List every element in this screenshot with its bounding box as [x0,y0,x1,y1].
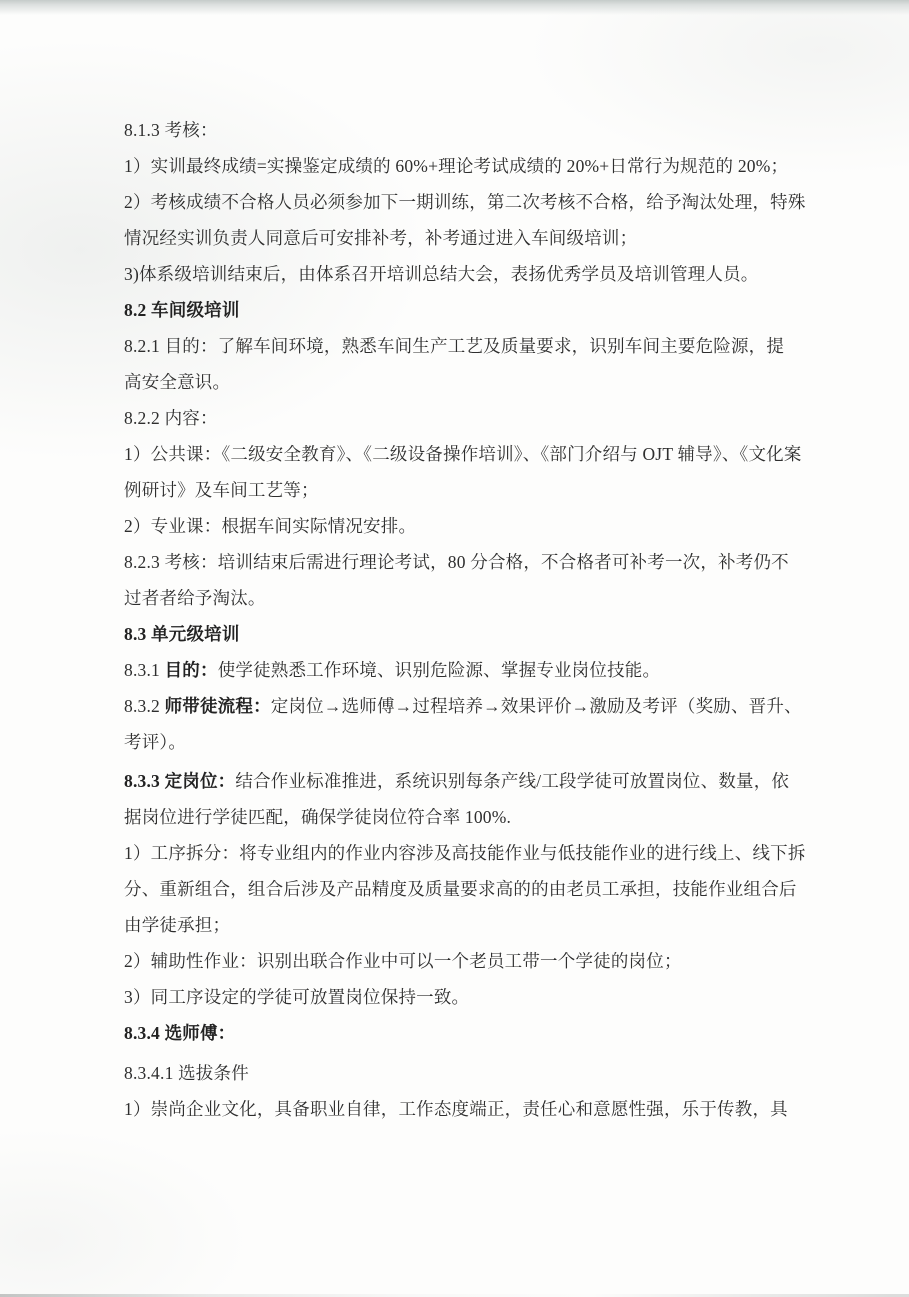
text-run: 3）同工序设定的学徒可放置岗位保持一致。 [124,987,469,1007]
text-run: 1）崇尚企业文化，具备职业自律，工作态度端正，责任心和意愿性强，乐于传教，具 [124,1099,788,1119]
text-run: 1）工序拆分：将专业组内的作业内容涉及高技能作业与低技能作业的进行线上、线下拆 [124,843,806,863]
text-run-bold: 8.3.3 定岗位： [124,771,235,791]
text-run: 8.3.2 [124,696,165,716]
text-line: 8.2.3 考核：培训结束后需进行理论考试，80 分合格，不合格者可补考一次，补… [124,544,854,580]
text-run: 由学徒承担； [124,915,230,935]
text-line: 3)体系级培训结束后，由体系召开培训总结大会，表扬优秀学员及培训管理人员。 [124,256,854,292]
text-line: 8.3.4 选师傅： [124,1015,854,1051]
text-line: 据岗位进行学徒匹配，确保学徒岗位符合率 100%. [124,799,854,835]
text-line: 8.3.3 定岗位：结合作业标准推进，系统识别每条产线/工段学徒可放置岗位、数量… [124,763,854,799]
text-run: 8.2.2 内容： [124,408,218,428]
text-line: 1）崇尚企业文化，具备职业自律，工作态度端正，责任心和意愿性强，乐于传教，具 [124,1091,854,1127]
text-line: 8.3 单元级培训 [124,616,854,652]
text-run: 8.2.1 目的：了解车间环境，熟悉车间生产工艺及质量要求，识别车间主要危险源，… [124,336,784,356]
text-line: 8.2.1 目的：了解车间环境，熟悉车间生产工艺及质量要求，识别车间主要危险源，… [124,328,854,364]
scan-top-edge [0,0,909,16]
text-run: 结合作业标准推进，系统识别每条产线/工段学徒可放置岗位、数量，依 [235,771,789,791]
text-run: 2）专业课：根据车间实际情况安排。 [124,516,416,536]
text-run-bold: 师带徒流程： [165,696,271,716]
text-line: 2）考核成绩不合格人员必须参加下一期训练，第二次考核不合格，给予淘汰处理，特殊 [124,184,854,220]
text-line: 考评）。 [124,724,854,760]
text-line: 2）辅助性作业：识别出联合作业中可以一个老员工带一个学徒的岗位； [124,943,854,979]
text-line: 1）实训最终成绩=实操鉴定成绩的 60%+理论考试成绩的 20%+日常行为规范的… [124,148,854,184]
text-run: 8.2.3 考核：培训结束后需进行理论考试，80 分合格，不合格者可补考一次，补… [124,552,789,572]
text-run: 过者者给予淘汰。 [124,588,266,608]
text-line: 8.1.3 考核： [124,112,854,148]
text-line: 分、重新组合，组合后涉及产品精度及质量要求高的的由老员工承担，技能作业组合后 [124,871,854,907]
text-run: 据岗位进行学徒匹配，确保学徒岗位符合率 100%. [124,807,511,827]
text-run: 1）实训最终成绩=实操鉴定成绩的 60%+理论考试成绩的 20%+日常行为规范的… [124,156,788,176]
text-run: 考评）。 [124,732,186,752]
text-run: 1）公共课：《二级安全教育》、《二级设备操作培训》、《部门介绍与 OJT 辅导》… [124,444,802,464]
text-line: 过者者给予淘汰。 [124,580,854,616]
text-run: 2）考核成绩不合格人员必须参加下一期训练，第二次考核不合格，给予淘汰处理，特殊 [124,192,806,212]
text-line: 1）工序拆分：将专业组内的作业内容涉及高技能作业与低技能作业的进行线上、线下拆 [124,835,854,871]
text-line: 8.3.4.1 选拔条件 [124,1055,854,1091]
text-line: 1）公共课：《二级安全教育》、《二级设备操作培训》、《部门介绍与 OJT 辅导》… [124,436,854,472]
text-line: 2）专业课：根据车间实际情况安排。 [124,508,854,544]
text-run-bold: 8.3 单元级培训 [124,624,240,644]
text-run-bold: 8.3.4 选师傅： [124,1023,235,1043]
text-run-bold: 8.2 车间级培训 [124,300,240,320]
text-run: 8.3.4.1 选拔条件 [124,1063,249,1083]
text-line: 高安全意识。 [124,364,854,400]
text-run: 2）辅助性作业：识别出联合作业中可以一个老员工带一个学徒的岗位； [124,951,682,971]
document-content: 8.1.3 考核：1）实训最终成绩=实操鉴定成绩的 60%+理论考试成绩的 20… [124,112,854,1127]
text-line: 8.2.2 内容： [124,400,854,436]
scanned-document-page: 8.1.3 考核：1）实训最终成绩=实操鉴定成绩的 60%+理论考试成绩的 20… [0,0,909,1297]
text-line: 情况经实训负责人同意后可安排补考，补考通过进入车间级培训； [124,220,854,256]
text-run: 分、重新组合，组合后涉及产品精度及质量要求高的的由老员工承担，技能作业组合后 [124,879,797,899]
text-line: 8.3.2 师带徒流程：定岗位→选师傅→过程培养→效果评价→激励及考评（奖励、晋… [124,688,854,724]
text-run-bold: 目的： [165,660,218,680]
text-run: 定岗位→选师傅→过程培养→效果评价→激励及考评（奖励、晋升、 [271,696,802,716]
text-run: 情况经实训负责人同意后可安排补考，补考通过进入车间级培训； [124,228,637,248]
text-run: 使学徒熟悉工作环境、识别危险源、掌握专业岗位技能。 [218,660,661,680]
text-line: 3）同工序设定的学徒可放置岗位保持一致。 [124,979,854,1015]
text-line: 8.3.1 目的：使学徒熟悉工作环境、识别危险源、掌握专业岗位技能。 [124,652,854,688]
text-run: 例研讨》及车间工艺等； [124,480,319,500]
text-line: 由学徒承担； [124,907,854,943]
text-line: 8.2 车间级培训 [124,292,854,328]
text-run: 8.3.1 [124,660,165,680]
text-run: 高安全意识。 [124,372,230,392]
text-line: 例研讨》及车间工艺等； [124,472,854,508]
text-run: 8.1.3 考核： [124,120,218,140]
text-run: 3)体系级培训结束后，由体系召开培训总结大会，表扬优秀学员及培训管理人员。 [124,264,758,284]
